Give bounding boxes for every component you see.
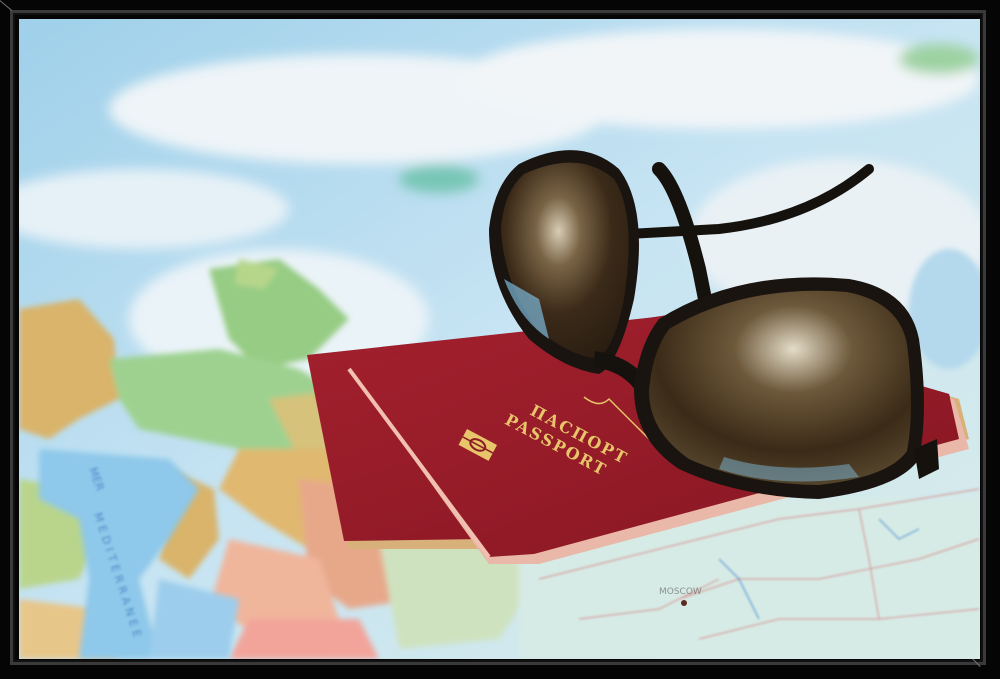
travel-photo: MER MEDITERRANEE MOSCOW bbox=[19, 19, 980, 659]
svg-text:MOSCOW: MOSCOW bbox=[659, 587, 702, 597]
picture-frame: MER MEDITERRANEE MOSCOW bbox=[0, 0, 1000, 679]
frame-corner-line bbox=[0, 0, 12, 11]
photo-scene: MER MEDITERRANEE MOSCOW bbox=[19, 19, 980, 659]
